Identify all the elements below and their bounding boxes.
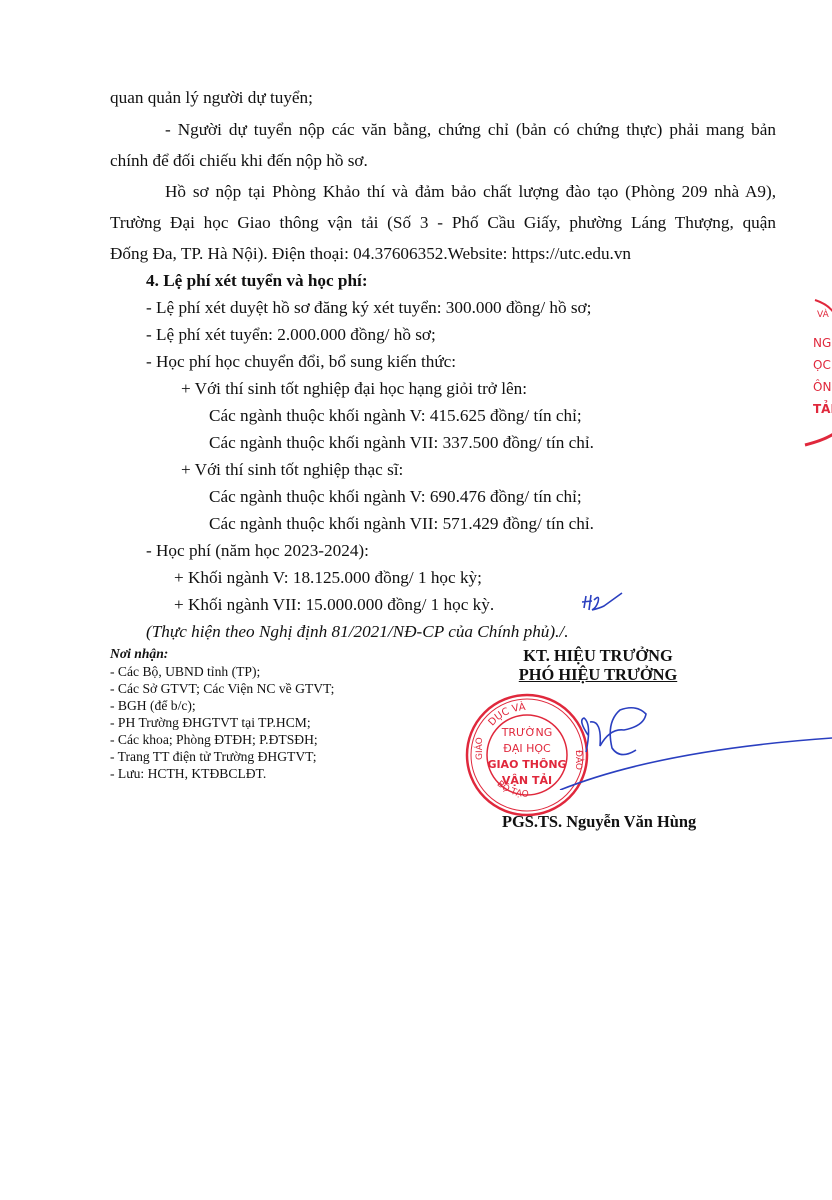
fee-line: - Học phí học chuyển đổi, bổ sung kiến t… — [146, 352, 456, 372]
fee-line: Các ngành thuộc khối ngành V: 690.476 đồ… — [209, 487, 582, 507]
body-line: chính để đối chiếu khi đến nộp hồ sơ. — [110, 151, 368, 171]
body-line: Hồ sơ nộp tại Phòng Khảo thí và đảm bảo … — [165, 182, 776, 202]
recipient-item: - Lưu: HCTH, KTĐBCLĐT. — [110, 766, 266, 782]
recipient-item: - BGH (để b/c); — [110, 698, 196, 714]
signer-name: PGS.TS. Nguyễn Văn Hùng — [502, 812, 696, 832]
side-stamp-fragment-icon: VÀ NG ỌC ÔN TẢI — [795, 295, 832, 455]
fee-line: - Lệ phí xét tuyển: 2.000.000 đồng/ hồ s… — [146, 325, 436, 345]
signature-title: KT. HIỆU TRƯỞNG — [468, 646, 728, 666]
section-heading: 4. Lệ phí xét tuyển và học phí: — [146, 271, 368, 291]
svg-text:ÔN: ÔN — [813, 379, 831, 394]
body-line: quan quản lý người dự tuyển; — [110, 88, 313, 108]
fee-line: Các ngành thuộc khối ngành V: 415.625 đồ… — [209, 406, 582, 426]
svg-text:NG: NG — [813, 336, 831, 350]
recipient-item: - Các Bộ, UBND tỉnh (TP); — [110, 664, 260, 680]
recipient-item: - Các khoa; Phòng ĐTĐH; P.ĐTSĐH; — [110, 732, 318, 748]
fee-line: - Lệ phí xét duyệt hồ sơ đăng ký xét tuy… — [146, 298, 591, 318]
fee-line: Các ngành thuộc khối ngành VII: 571.429 … — [209, 514, 594, 534]
svg-text:VÀ: VÀ — [817, 308, 830, 320]
signature-icon — [540, 700, 832, 790]
svg-text:ỌC: ỌC — [813, 358, 831, 372]
fee-line: + Với thí sinh tốt nghiệp đại học hạng g… — [181, 379, 527, 399]
recipient-item: - PH Trường ĐHGTVT tại TP.HCM; — [110, 715, 311, 731]
footnote: (Thực hiện theo Nghị định 81/2021/NĐ-CP … — [146, 622, 569, 642]
svg-text:DỤC VÀ: DỤC VÀ — [487, 700, 527, 728]
svg-text:GIÁO: GIÁO — [473, 737, 485, 760]
signature-subtitle: PHÓ HIỆU TRƯỞNG — [468, 665, 728, 685]
initials-icon — [578, 590, 628, 616]
fee-line: + Khối ngành VII: 15.000.000 đồng/ 1 học… — [174, 595, 494, 615]
body-line: Đống Đa, TP. Hà Nội). Điện thoại: 04.376… — [110, 244, 631, 264]
recipient-item: - Trang TT điện tử Trường ĐHGTVT; — [110, 749, 316, 765]
body-line: - Người dự tuyển nộp các văn bằng, chứng… — [165, 120, 776, 140]
fee-line: + Với thí sinh tốt nghiệp thạc sĩ: — [181, 460, 403, 480]
fee-line: Các ngành thuộc khối ngành VII: 337.500 … — [209, 433, 594, 453]
fee-line: - Học phí (năm học 2023-2024): — [146, 541, 369, 561]
recipients-title: Nơi nhận: — [110, 646, 168, 662]
fee-line: + Khối ngành V: 18.125.000 đồng/ 1 học k… — [174, 568, 482, 588]
body-line: Trường Đại học Giao thông vận tải (Số 3 … — [110, 213, 776, 233]
svg-text:TẢI: TẢI — [813, 400, 832, 416]
signature-subtitle-text: PHÓ HIỆU TRƯỞNG — [519, 665, 677, 684]
recipient-item: - Các Sở GTVT; Các Viện NC về GTVT; — [110, 681, 334, 697]
